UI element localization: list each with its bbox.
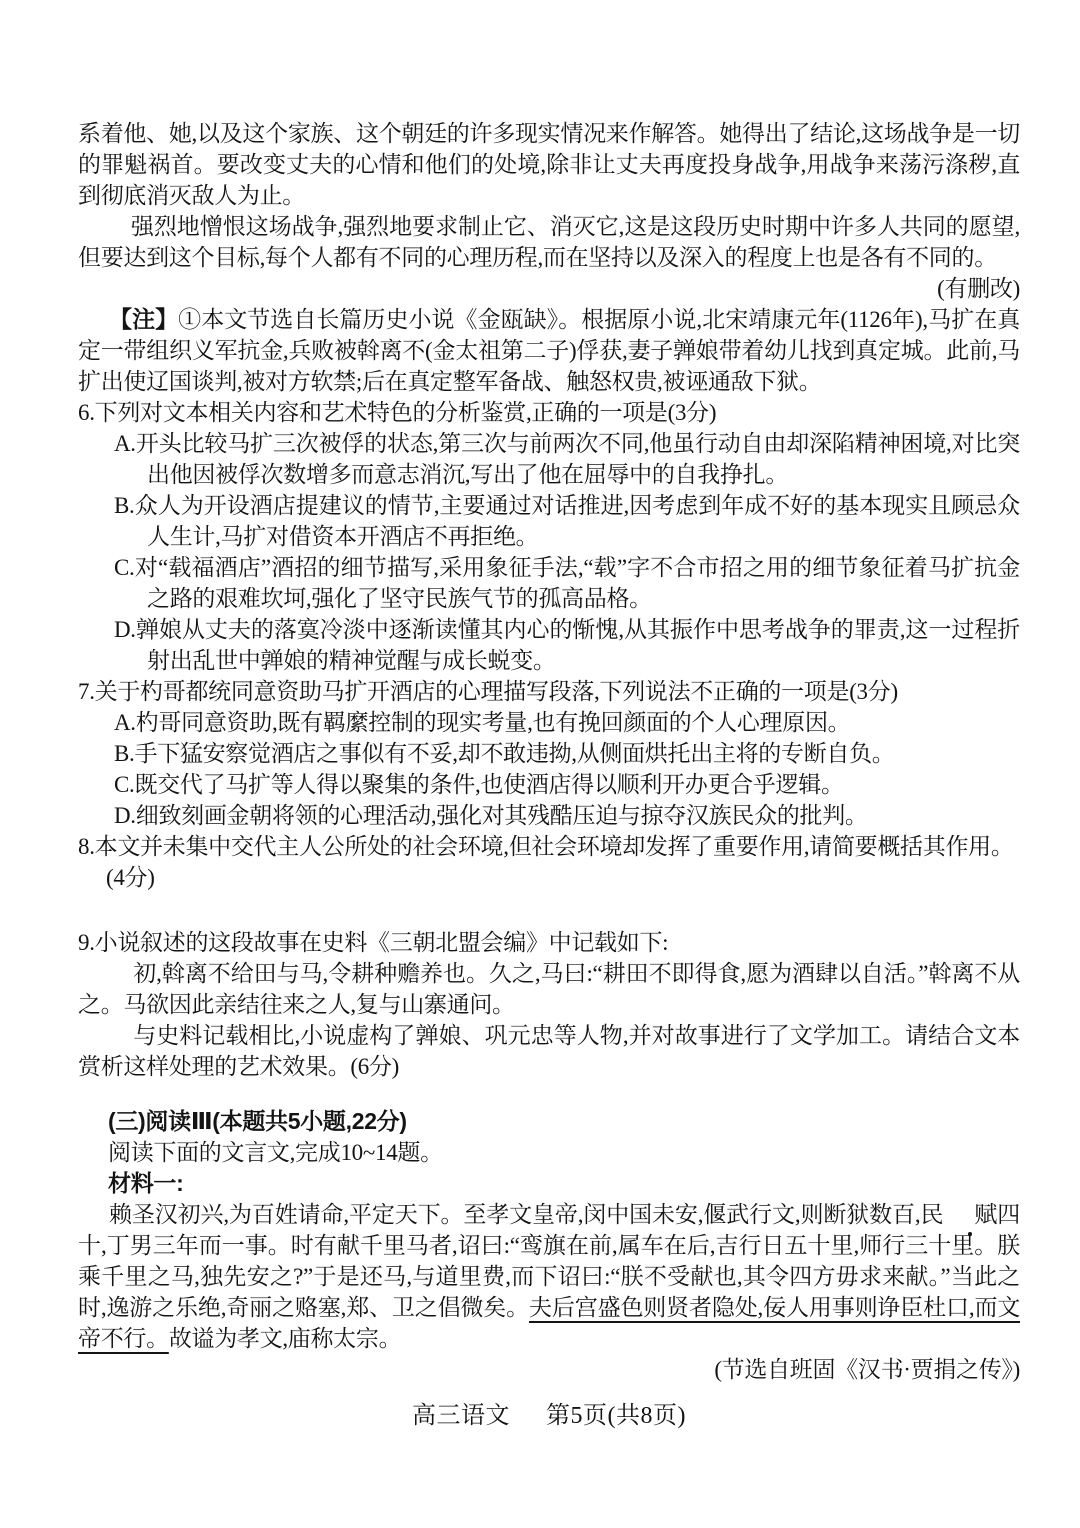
footnote-paragraph: 【注】①本文节选自长篇历史小说《金瓯缺》。根据原小说,北宋靖康元年(1126年)… xyxy=(78,304,1020,397)
question-7-option-b: B.手下猛安察觉酒店之事似有不妥,却不敢违拗,从侧面烘托出主将的专断自负。 xyxy=(114,738,1020,769)
question-6-option-b: B.众人为开设酒店提建议的情节,主要通过对话推进,因考虑到年成不好的基本现实且顾… xyxy=(114,490,1020,552)
section-3-intro: 阅读下面的文言文,完成10~14题。 xyxy=(108,1137,1020,1168)
question-6-option-c: C.对“载福酒店”酒招的细节描写,采用象征手法,“载”字不合市招之用的细节象征着… xyxy=(114,552,1020,614)
passage-segment-1: 赖圣汉初兴,为百姓请命,平定天下。至孝文皇帝,闵中国未安,偃武行文,则断狱数百,… xyxy=(109,1202,943,1227)
question-6-stem: 6.下列对文本相关内容和艺术特色的分析鉴赏,正确的一项是(3分) xyxy=(78,397,1020,428)
question-6-option-d: D.亸娘从丈夫的落寞冷淡中逐渐读懂其内心的惭愧,从其振作中思考战争的罪责,这一过… xyxy=(114,614,1020,676)
question-7-option-a: A.杓哥同意资助,既有羁縻控制的现实考量,也有挽回颜面的个人心理原因。 xyxy=(114,707,1020,738)
exam-paper-page: 系着他、她,以及这个家族、这个朝廷的许多现实情况来作解答。她得出了结论,这场战争… xyxy=(0,0,1080,1528)
question-7-option-d: D.细致刻画金朝将领的心理活动,强化对其残酷压迫与掠夺汉族民众的批判。 xyxy=(114,800,1020,831)
passage-segment-3: 故谥为孝文,庙称太宗。 xyxy=(169,1326,401,1351)
footnote-label: 【注】 xyxy=(109,307,178,332)
paragraph-war-hatred: 强烈地憎恨这场战争,强烈地要求制止它、消灭它,这是这段历史时期中许多人共同的愿望… xyxy=(78,211,1020,273)
material-1-label: 材料一: xyxy=(108,1168,1020,1199)
page-footer: 高三语文第5页(共8页) xyxy=(78,1401,1020,1432)
revision-note: (有删改) xyxy=(78,273,1020,304)
footer-course-title: 高三语文 xyxy=(412,1403,510,1429)
passage-attribution: (节选自班固《汉书·贾捐之传》) xyxy=(78,1354,1020,1385)
classical-chinese-passage: 赖圣汉初兴,为百姓请命,平定天下。至孝文皇帝,闵中国未安,偃武行文,则断狱数百,… xyxy=(78,1199,1020,1354)
question-9-stem: 9.小说叙述的这段故事在史料《三朝北盟会编》中记载如下: xyxy=(78,927,1020,958)
passage-emphasized-char: 赋 xyxy=(943,1199,997,1230)
question-9-historical-quote: 初,斡离不给田与马,令耕种赡养也。久之,马曰:“耕田不即得食,愿为酒肆以自活。”… xyxy=(78,958,1020,1020)
question-7-stem: 7.关于杓哥都统同意资助马扩开酒店的心理描写段落,下列说法不正确的一项是(3分) xyxy=(78,676,1020,707)
question-8-score: (4分) xyxy=(106,862,1020,893)
footnote-text: ①本文节选自长篇历史小说《金瓯缺》。根据原小说,北宋靖康元年(1126年),马扩… xyxy=(78,307,1020,394)
question-6-option-a: A.开头比较马扩三次被俘的状态,第三次与前两次不同,他虽行动自由却深陷精神困境,… xyxy=(114,428,1020,490)
paragraph-continuation: 系着他、她,以及这个家族、这个朝廷的许多现实情况来作解答。她得出了结论,这场战争… xyxy=(78,118,1020,211)
question-9-task: 与史料记载相比,小说虚构了亸娘、巩元忠等人物,并对故事进行了文学加工。请结合文本… xyxy=(78,1020,1020,1082)
section-3-heading: (三)阅读Ⅲ(本题共5小题,22分) xyxy=(108,1106,1020,1137)
question-7-option-c: C.既交代了马扩等人得以聚集的条件,也使酒店得以顺利开办更合乎逻辑。 xyxy=(114,769,1020,800)
question-8-stem: 8.本文并未集中交代主人公所处的社会环境,但社会环境却发挥了重要作用,请简要概括… xyxy=(78,831,1020,862)
footer-page-number: 第5页(共8页) xyxy=(546,1403,686,1429)
